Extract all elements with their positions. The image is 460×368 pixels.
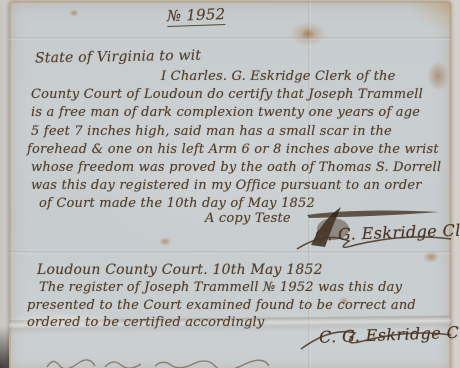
stain-spot [69,9,79,17]
stain-spot [427,61,449,91]
attestation-line: A copy Teste [205,211,291,226]
document-number: № 1952 [167,5,226,27]
body-line: forehead & one on his left Arm 6 or 8 in… [27,142,439,157]
cutoff-handwriting-fragment [43,355,273,368]
body-line: 5 feet 7 inches high, said man has a sma… [31,124,392,139]
stain-spot [159,237,171,246]
body-line: of Court made the 10th day of May 1852 [39,196,315,211]
body-line: was this day registered in my Office pur… [31,178,422,193]
photo-frame: № 1952 State of Virginia to wit I Charle… [0,0,460,368]
salutation-line: State of Virginia to wit [35,48,201,67]
register-line: The register of Joseph Trammell № 1952 w… [39,280,402,295]
court-heading-line: Loudoun County Court. 10th May 1852 [37,262,323,278]
horizontal-fold-crease-lower [9,251,451,254]
horizontal-fold-crease-top [9,37,451,40]
register-line: presented to the Court examined found to… [27,298,416,313]
body-line: County Court of Loudoun do certify that … [31,87,423,102]
register-line: ordered to be certified accordingly [27,315,264,330]
body-line: is a free man of dark complexion twenty … [31,105,420,120]
stain-spot [301,28,315,40]
body-line: whose freedom was proved by the oath of … [31,160,441,175]
clerk-signature-second: C. G. Eskridge Clk [319,322,460,346]
body-line: I Charles. G. Eskridge Clerk of the [161,69,396,84]
stain-spot [423,251,439,263]
certificate-paper: № 1952 State of Virginia to wit I Charle… [9,1,451,368]
clerk-signature: C. G. Eskridge Clk [315,220,460,244]
